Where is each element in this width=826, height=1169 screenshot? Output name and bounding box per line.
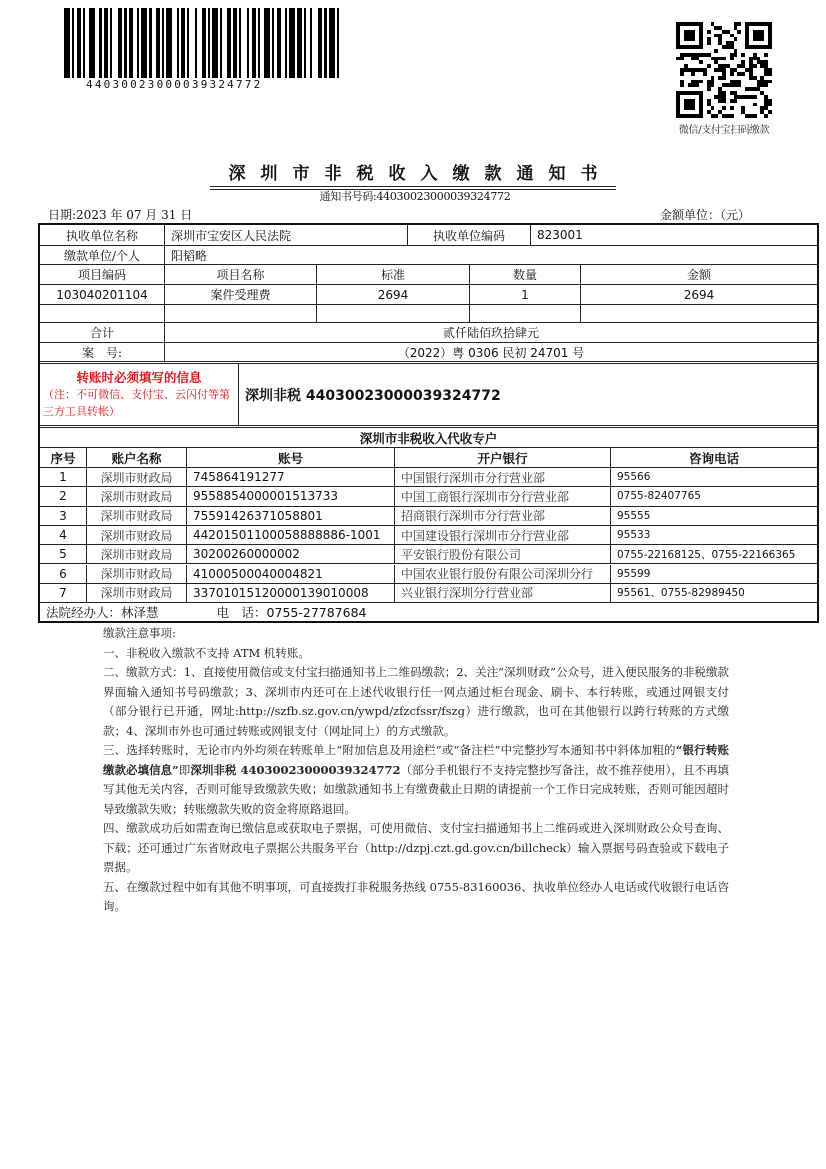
notes-title: 缴款注意事项: <box>103 624 729 644</box>
item-code: 103040201104 <box>40 285 165 305</box>
bank-row-bank: 招商银行深圳市分行营业部 <box>395 507 611 526</box>
bank-row-account: 44201501100058888886-1001 <box>187 526 395 545</box>
bank-row-no: 7 <box>40 584 87 603</box>
bank-row-bank: 中国农业银行股份有限公司深圳分行 <box>395 565 611 584</box>
bank-row-name: 深圳市财政局 <box>87 584 187 603</box>
notes-item-1: 一、非税收入缴款不支持 ATM 机转账。 <box>103 644 729 664</box>
notes-item-3-text-a: 三、选择转账时，无论市内外均须在转账单上“附加信息及用途栏”或“备注栏”中完整抄… <box>103 743 676 757</box>
date-label: 日期: <box>48 208 76 222</box>
bank-row-no: 3 <box>40 507 87 526</box>
payer-value: 阳韬略 <box>165 246 817 265</box>
bank-row-phone: 95599 <box>611 565 817 584</box>
bank-row-bank: 中国银行深圳市分行营业部 <box>395 468 611 487</box>
bank-row-name: 深圳市财政局 <box>87 565 187 584</box>
transfer-info-value: 深圳非税 44030023000039324772 <box>239 364 817 428</box>
bank-row-phone: 95555 <box>611 507 817 526</box>
item-amount: 2694 <box>581 285 817 305</box>
item-amount-empty <box>581 305 817 323</box>
bank-row-bank: 中国工商银行深圳市分行营业部 <box>395 487 611 506</box>
bank-row-account: 75591426371058801 <box>187 507 395 526</box>
collector-name-label: 执收单位名称 <box>40 225 165 246</box>
bank-header-phone: 咨询电话 <box>611 448 817 468</box>
bank-row-account: 9558854000001513733 <box>187 487 395 506</box>
bank-row-phone: 95561、0755-82989450 <box>611 584 817 603</box>
bank-row-name: 深圳市财政局 <box>87 507 187 526</box>
bank-row-account: 33701015120000139010008 <box>187 584 395 603</box>
item-header-quantity: 数量 <box>470 265 581 285</box>
bank-row-name: 深圳市财政局 <box>87 545 187 564</box>
notes-item-5: 五、在缴款过程中如有其他不明事项，可直接拨打非税服务热线 0755-831600… <box>103 878 729 917</box>
bank-row-no: 6 <box>40 565 87 584</box>
bank-row-no: 5 <box>40 545 87 564</box>
notice-number-label: 通知书号码: <box>320 190 377 203</box>
payment-notes: 缴款注意事项: 一、非税收入缴款不支持 ATM 机转账。 二、缴款方式：1、直接… <box>103 624 729 917</box>
item-name-empty <box>165 305 317 323</box>
notes-item-3: 三、选择转账时，无论市内外均须在转账单上“附加信息及用途栏”或“备注栏”中完整抄… <box>103 741 729 819</box>
handler-phone: 0755-27787684 <box>267 605 367 620</box>
bank-header-account: 账号 <box>187 448 395 468</box>
item-quantity-empty <box>470 305 581 323</box>
bank-row-phone: 0755-82407765 <box>611 487 817 506</box>
bank-row-name: 深圳市财政局 <box>87 468 187 487</box>
collector-code-value: 823001 <box>531 225 817 246</box>
notes-item-3-bold-2: 深圳非税 44030023000039324772 <box>190 763 400 777</box>
total-amount-text: 贰仟陆佰玖拾肆元 <box>165 323 817 343</box>
transfer-info-label: 转账时必须填写的信息 （注：不可微信、支付宝、云闪付等第三方工具转帐） <box>40 364 239 428</box>
date-value: 2023 年 07 月 31 日 <box>76 208 192 222</box>
bank-row-account: 41000500040004821 <box>187 565 395 584</box>
notes-item-4: 四、缴款成功后如需查询已缴信息或获取电子票据，可使用微信、支付宝扫描通知书上二维… <box>103 819 729 878</box>
total-label: 合计 <box>40 323 165 343</box>
item-standard: 2694 <box>317 285 470 305</box>
item-header-standard: 标准 <box>317 265 470 285</box>
payer-label: 缴款单位/个人 <box>40 246 165 265</box>
qr-code-icon <box>676 22 772 118</box>
bank-row-bank: 平安银行股份有限公司 <box>395 545 611 564</box>
bank-row-phone: 0755-22168125、0755-22166365 <box>611 545 817 564</box>
bank-row-name: 深圳市财政局 <box>87 487 187 506</box>
amount-unit: 金额单位：（元） <box>660 206 750 223</box>
notice-number-value: 44030023000039324772 <box>376 190 510 203</box>
item-header-code: 项目编码 <box>40 265 165 285</box>
bank-row-no: 2 <box>40 487 87 506</box>
item-name: 案件受理费 <box>165 285 317 305</box>
case-no-label: 案 号: <box>40 343 165 364</box>
transfer-info-note: （注：不可微信、支付宝、云闪付等第三方工具转帐） <box>43 386 235 420</box>
bank-row-phone: 95533 <box>611 526 817 545</box>
date: 日期:2023 年 07 月 31 日 <box>48 206 192 223</box>
bank-row-bank: 中国建设银行深圳市分行营业部 <box>395 526 611 545</box>
bank-header-bank: 开户银行 <box>395 448 611 468</box>
payment-notice-table: 执收单位名称 深圳市宝安区人民法院 执收单位编码 823001 缴款单位/个人 … <box>38 223 819 623</box>
transfer-info-title: 转账时必须填写的信息 <box>43 369 235 386</box>
case-no-value: （2022）粤 0306 民初 24701 号 <box>165 343 817 364</box>
bank-row-phone: 95566 <box>611 468 817 487</box>
handler-row: 法院经办人：林泽慧 电 话：0755-27787684 <box>40 603 817 621</box>
notes-item-3-text-b: 即 <box>179 763 191 777</box>
item-header-amount: 金额 <box>581 265 817 285</box>
bank-row-account: 745864191277 <box>187 468 395 487</box>
barcode <box>64 8 344 78</box>
item-header-name: 项目名称 <box>165 265 317 285</box>
bank-header-name: 账户名称 <box>87 448 187 468</box>
item-code-empty <box>40 305 165 323</box>
collector-code-label: 执收单位编码 <box>408 225 531 246</box>
bank-accounts-title: 深圳市非税收入代收专户 <box>40 428 817 448</box>
bank-row-account: 30200260000002 <box>187 545 395 564</box>
handler-phone-label: 电 话： <box>217 603 267 621</box>
bank-header-no: 序号 <box>40 448 87 468</box>
item-quantity: 1 <box>470 285 581 305</box>
barcode-bar <box>339 8 343 78</box>
collector-name-value: 深圳市宝安区人民法院 <box>165 225 408 246</box>
handler-label: 法院经办人： <box>46 603 121 621</box>
qr-caption: 微信/支付宝扫码缴款 <box>668 121 780 136</box>
barcode-number: 44030023000039324772 <box>86 78 346 91</box>
bank-row-bank: 兴业银行深圳分行营业部 <box>395 584 611 603</box>
bank-row-no: 1 <box>40 468 87 487</box>
notes-item-2: 二、缴款方式：1、直接使用微信或支付宝扫描通知书上二维码缴款；2、关注“深圳财政… <box>103 663 729 741</box>
bank-row-name: 深圳市财政局 <box>87 526 187 545</box>
notice-number: 通知书号码:44030023000039324772 <box>250 188 580 204</box>
page-title: 深圳市非税收入缴款通知书 <box>210 163 616 187</box>
bank-row-no: 4 <box>40 526 87 545</box>
item-standard-empty <box>317 305 470 323</box>
handler-name: 林泽慧 <box>121 603 159 621</box>
